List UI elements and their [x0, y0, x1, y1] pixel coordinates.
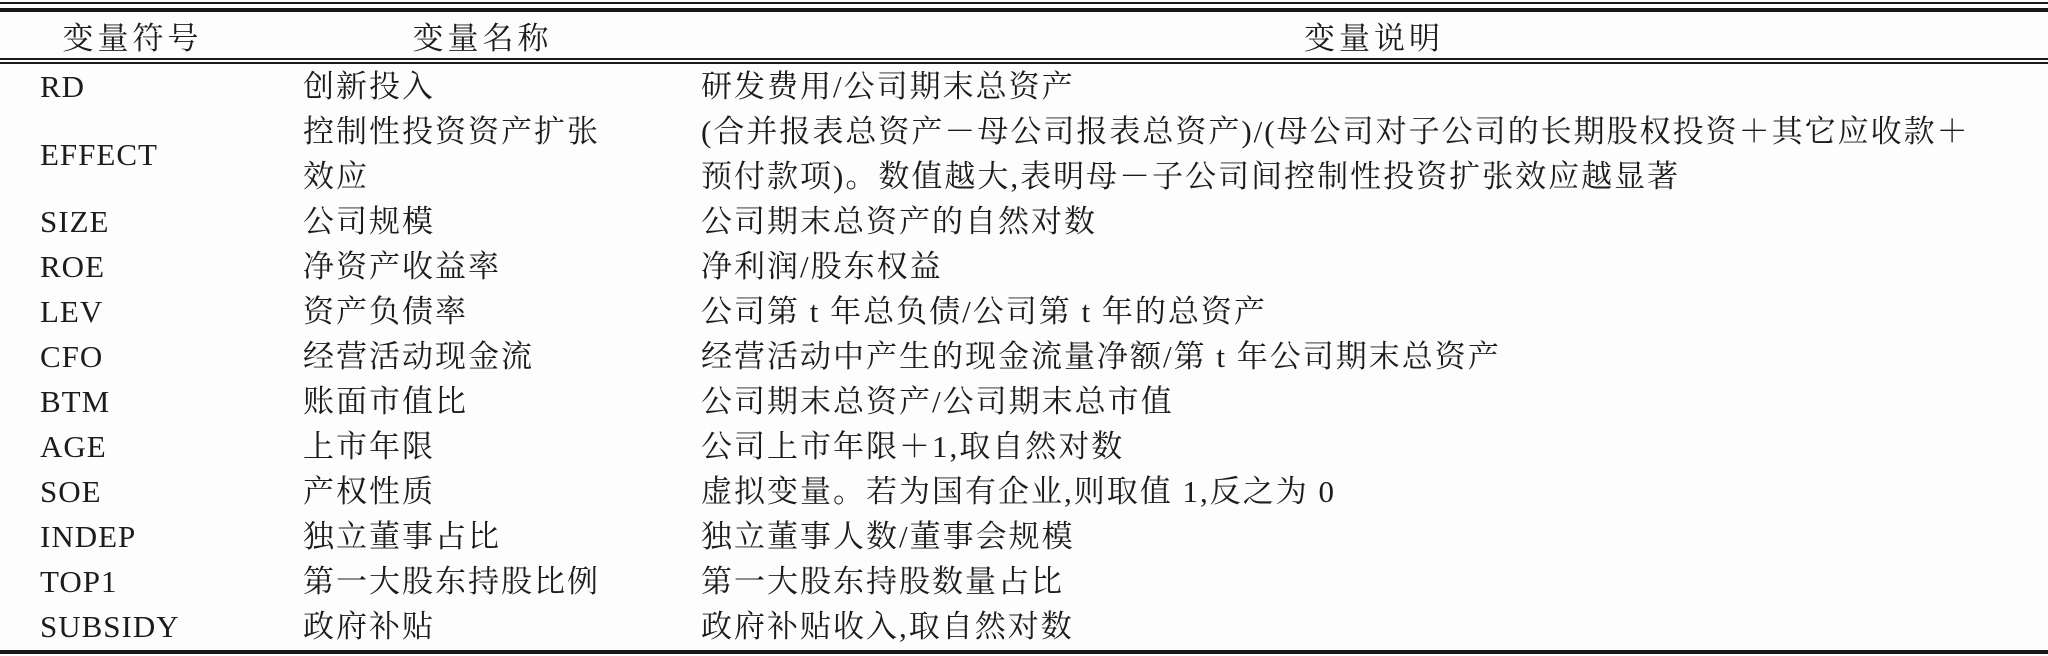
variable-name-cell: 创新投入: [265, 61, 700, 109]
variable-name-cell-line: 净资产收益率: [303, 244, 700, 289]
table-body: RD创新投入研发费用/公司期末总资产EFFECT控制性投资资产扩张效应(合并报表…: [0, 61, 2048, 649]
variables-definition-table: 变量符号 变量名称 变量说明 RD创新投入研发费用/公司期末总资产EFFECT控…: [0, 12, 2048, 649]
variable-description-cell-line: 公司期末总资产/公司期末总市值: [701, 379, 2048, 424]
table-row: SIZE公司规模公司期末总资产的自然对数: [0, 199, 2048, 244]
variable-description-cell: 公司第 t 年总负债/公司第 t 年的总资产: [700, 289, 2048, 334]
variable-description-cell-line: 研发费用/公司期末总资产: [701, 64, 2048, 109]
variable-name-cell: 第一大股东持股比例: [265, 559, 700, 604]
variable-description-cell-line: 公司上市年限＋1,取自然对数: [701, 424, 2048, 469]
variable-description-cell-line: 公司期末总资产的自然对数: [701, 199, 2048, 244]
variable-symbol-cell: RD: [0, 61, 265, 109]
variable-symbol-cell: SIZE: [0, 199, 265, 244]
variable-description-cell-line: 预付款项)。数值越大,表明母－子公司间控制性投资扩张效应越显著: [701, 154, 2048, 199]
table-bottom-rule-thick: [0, 650, 2048, 654]
variable-name-cell: 资产负债率: [265, 289, 700, 334]
table-row: LEV资产负债率公司第 t 年总负债/公司第 t 年的总资产: [0, 289, 2048, 334]
table-row: AGE上市年限公司上市年限＋1,取自然对数: [0, 424, 2048, 469]
variable-symbol-cell: SUBSIDY: [0, 604, 265, 649]
variable-symbol-cell: CFO: [0, 334, 265, 379]
variable-symbol-cell-line: SIZE: [40, 199, 265, 244]
variable-name-cell: 上市年限: [265, 424, 700, 469]
variable-name-cell: 净资产收益率: [265, 244, 700, 289]
variable-symbol-cell: ROE: [0, 244, 265, 289]
variable-description-cell: (合并报表总资产－母公司报表总资产)/(母公司对子公司的长期股权投资＋其它应收款…: [700, 109, 2048, 199]
variable-symbol-cell-line: ROE: [40, 244, 265, 289]
variable-description-cell: 虚拟变量。若为国有企业,则取值 1,反之为 0: [700, 469, 2048, 514]
table-row: INDEP独立董事占比独立董事人数/董事会规模: [0, 514, 2048, 559]
variable-name-cell-line: 资产负债率: [303, 289, 700, 334]
variable-symbol-cell-line: BTM: [40, 379, 265, 424]
variable-description-cell: 第一大股东持股数量占比: [700, 559, 2048, 604]
table-row: SOE产权性质虚拟变量。若为国有企业,则取值 1,反之为 0: [0, 469, 2048, 514]
table-row: RD创新投入研发费用/公司期末总资产: [0, 61, 2048, 109]
table-row: TOP1第一大股东持股比例第一大股东持股数量占比: [0, 559, 2048, 604]
variable-name-cell: 公司规模: [265, 199, 700, 244]
variable-name-cell-line: 第一大股东持股比例: [303, 559, 700, 604]
variable-description-cell: 公司上市年限＋1,取自然对数: [700, 424, 2048, 469]
variable-name-cell-line: 公司规模: [303, 199, 700, 244]
variable-name-cell: 经营活动现金流: [265, 334, 700, 379]
variable-symbol-cell: TOP1: [0, 559, 265, 604]
variable-description-cell: 公司期末总资产/公司期末总市值: [700, 379, 2048, 424]
variable-name-cell-line: 独立董事占比: [303, 514, 700, 559]
variable-description-cell-line: 净利润/股东权益: [701, 244, 2048, 289]
variable-description-cell: 公司期末总资产的自然对数: [700, 199, 2048, 244]
variable-description-cell-line: 独立董事人数/董事会规模: [701, 514, 2048, 559]
variable-symbol-cell: EFFECT: [0, 109, 265, 199]
variable-name-cell: 产权性质: [265, 469, 700, 514]
variable-description-cell-line: 虚拟变量。若为国有企业,则取值 1,反之为 0: [701, 469, 2048, 514]
variable-name-cell-line: 创新投入: [303, 64, 700, 109]
table-row: ROE净资产收益率净利润/股东权益: [0, 244, 2048, 289]
variable-description-cell-line: 政府补贴收入,取自然对数: [701, 604, 2048, 649]
variable-description-cell-line: 第一大股东持股数量占比: [701, 559, 2048, 604]
table-header: 变量符号 变量名称 变量说明: [0, 12, 2048, 61]
variable-symbol-cell-line: AGE: [40, 424, 265, 469]
table-top-rule-thin: [0, 2, 2048, 4]
variable-symbol-cell: BTM: [0, 379, 265, 424]
table-row: EFFECT控制性投资资产扩张效应(合并报表总资产－母公司报表总资产)/(母公司…: [0, 109, 2048, 199]
table-row: CFO经营活动现金流经营活动中产生的现金流量净额/第 t 年公司期末总资产: [0, 334, 2048, 379]
variable-symbol-cell-line: EFFECT: [40, 132, 265, 177]
variable-name-cell-line: 效应: [303, 154, 700, 199]
variable-description-cell: 经营活动中产生的现金流量净额/第 t 年公司期末总资产: [700, 334, 2048, 379]
variable-symbol-cell-line: SOE: [40, 469, 265, 514]
variable-symbol-cell-line: RD: [40, 64, 265, 109]
variable-name-cell-line: 政府补贴: [303, 604, 700, 649]
variable-name-cell: 政府补贴: [265, 604, 700, 649]
variable-name-cell-line: 产权性质: [303, 469, 700, 514]
header-variable-name: 变量名称: [265, 12, 700, 61]
variable-symbol-cell-line: TOP1: [40, 559, 265, 604]
variable-description-cell: 政府补贴收入,取自然对数: [700, 604, 2048, 649]
variable-description-cell-line: 公司第 t 年总负债/公司第 t 年的总资产: [701, 289, 2048, 334]
table-row: SUBSIDY政府补贴政府补贴收入,取自然对数: [0, 604, 2048, 649]
table-row: BTM账面市值比公司期末总资产/公司期末总市值: [0, 379, 2048, 424]
variable-name-cell: 独立董事占比: [265, 514, 700, 559]
variable-name-cell: 账面市值比: [265, 379, 700, 424]
variable-description-cell: 独立董事人数/董事会规模: [700, 514, 2048, 559]
variable-symbol-cell-line: SUBSIDY: [40, 604, 265, 649]
variable-name-cell: 控制性投资资产扩张效应: [265, 109, 700, 199]
variable-name-cell-line: 经营活动现金流: [303, 334, 700, 379]
variable-description-cell: 净利润/股东权益: [700, 244, 2048, 289]
variable-symbol-cell: INDEP: [0, 514, 265, 559]
variable-symbol-cell-line: INDEP: [40, 514, 265, 559]
header-variable-description: 变量说明: [700, 12, 2048, 61]
variable-symbol-cell: AGE: [0, 424, 265, 469]
table-header-row: 变量符号 变量名称 变量说明: [0, 12, 2048, 61]
variable-name-cell-line: 控制性投资资产扩张: [303, 109, 700, 154]
variable-name-cell-line: 上市年限: [303, 424, 700, 469]
variable-symbol-cell: SOE: [0, 469, 265, 514]
paper-page: 变量符号 变量名称 变量说明 RD创新投入研发费用/公司期末总资产EFFECT控…: [0, 0, 2048, 656]
variable-description-cell-line: (合并报表总资产－母公司报表总资产)/(母公司对子公司的长期股权投资＋其它应收款…: [701, 109, 2048, 154]
variable-symbol-cell-line: LEV: [40, 289, 265, 334]
variable-description-cell: 研发费用/公司期末总资产: [700, 61, 2048, 109]
variable-name-cell-line: 账面市值比: [303, 379, 700, 424]
header-variable-symbol: 变量符号: [0, 12, 265, 61]
variable-symbol-cell: LEV: [0, 289, 265, 334]
variable-symbol-cell-line: CFO: [40, 334, 265, 379]
variable-description-cell-line: 经营活动中产生的现金流量净额/第 t 年公司期末总资产: [701, 334, 2048, 379]
